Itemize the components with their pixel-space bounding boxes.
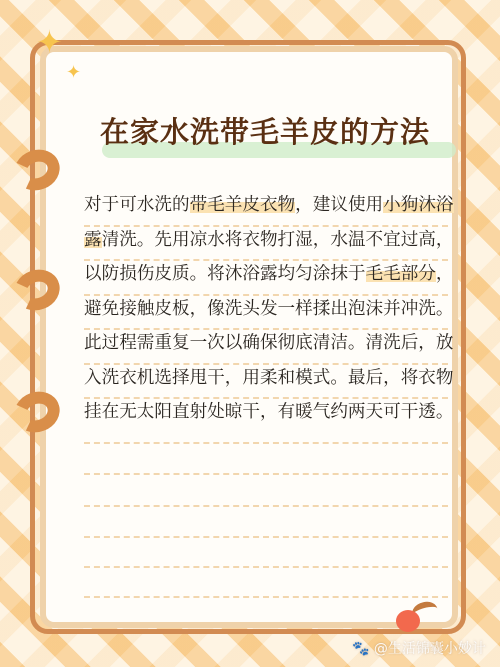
highlighted-term: 毛毛部分 xyxy=(366,264,436,284)
highlighted-term: 带毛羊皮衣物 xyxy=(190,195,296,215)
sparkle-icon: ✦ xyxy=(66,64,81,82)
dashed-rule xyxy=(84,566,448,568)
page-title: 在家水洗带毛羊皮的方法 xyxy=(70,110,460,151)
apple-icon xyxy=(396,610,420,632)
dashed-rule xyxy=(84,473,448,475)
dashed-rule xyxy=(84,536,448,538)
body-segment: ，建议使用 xyxy=(295,195,383,215)
body-segment: 对于可水洗的 xyxy=(84,195,190,215)
body-paragraph: 对于可水洗的带毛羊皮衣物，建议使用小狗沐浴露清洗。先用凉水将衣物打湿，水温不宜过… xyxy=(84,188,454,430)
dashed-rule xyxy=(84,596,448,598)
dashed-rule xyxy=(84,505,448,507)
watermark: 🐾 @生活锦囊小妙计 xyxy=(352,638,486,658)
body-segment: ，避免接触皮板，像洗头发一样揉出泡沫并冲洗。此过程需重复一次以确保彻底清洁。清洗… xyxy=(84,264,454,422)
dashed-rule xyxy=(84,442,448,444)
sparkle-icon: ✦ xyxy=(36,26,63,58)
title-block: 在家水洗带毛羊皮的方法 xyxy=(70,110,460,151)
